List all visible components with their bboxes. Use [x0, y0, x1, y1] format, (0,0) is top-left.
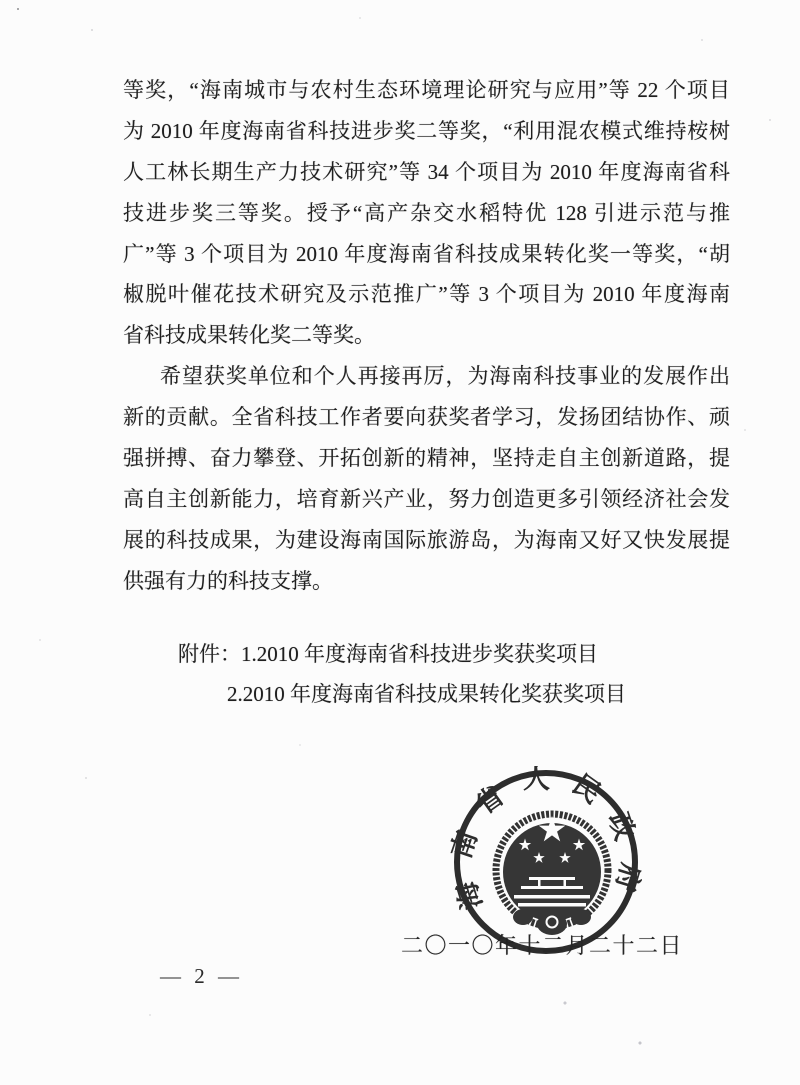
attachments-section: 附件：1.2010 年度海南省科技进步奖获奖项目 2.2010 年度海南省科技成…	[178, 634, 626, 714]
emblem-gate-pillar	[564, 880, 567, 886]
body-text-line: 供强有力的科技支撑。	[123, 561, 730, 602]
body-text-line: 为 2010 年度海南省科技进步奖二等奖，“利用混农模式维持桉树	[123, 111, 730, 152]
emblem-gate-pillar	[538, 880, 541, 886]
attachment-line: 附件：1.2010 年度海南省科技进步奖获奖项目	[178, 634, 626, 674]
emblem-gate-base	[514, 895, 590, 899]
body-text-line: 省科技成果转化奖二等奖。	[123, 315, 730, 356]
attachment-line: 2.2010 年度海南省科技成果转化奖获奖项目	[178, 674, 626, 714]
emblem-gate-base	[518, 903, 586, 907]
emblem-gate-mid	[521, 886, 583, 889]
body-text-line: 强拼搏、奋力攀登、开拓创新的精神，坚持走自主创新道路，提	[123, 438, 730, 479]
attachments-label: 附件：	[178, 642, 241, 666]
body-text-line: 等奖，“海南城市与农村生态环境理论研究与应用”等 22 个项目	[123, 70, 730, 111]
body-text-line: 人工林长期生产力技术研究”等 34 个项目为 2010 年度海南省科	[123, 152, 730, 193]
document-body: 等奖，“海南城市与农村生态环境理论研究与应用”等 22 个项目 为 2010 年…	[123, 70, 730, 602]
body-text-line: 广”等 3 个项目为 2010 年度海南省科技成果转化奖一等奖，“胡	[123, 234, 730, 275]
body-text-line: 技进步奖三等奖。授予“高产杂交水稻特优 128 引进示范与推	[123, 193, 730, 234]
emblem-gate-roof	[529, 877, 575, 880]
body-text-line: 新的贡献。全省科技工作者要向获奖者学习，发扬团结协作、顽	[123, 397, 730, 438]
page-number: — 2 —	[160, 964, 243, 989]
body-text-line: 希望获奖单位和个人再接再厉，为海南科技事业的发展作出	[123, 356, 730, 397]
document-page: 等奖，“海南城市与农村生态环境理论研究与应用”等 22 个项目 为 2010 年…	[0, 0, 800, 1085]
document-date: 二〇一〇年十二月二十二日	[401, 929, 683, 960]
body-text-line: 椒脱叶催花技术研究及示范推广”等 3 个项目为 2010 年度海南	[123, 274, 730, 315]
body-text-line: 高自主创新能力，培育新兴产业，努力创造更多引领经济社会发	[123, 479, 730, 520]
attachment-item: 1.2010 年度海南省科技进步奖获奖项目	[241, 642, 598, 666]
emblem-ribbon	[571, 909, 591, 925]
national-emblem-icon	[496, 814, 608, 935]
body-text-line: 展的科技成果，为建设海南国际旅游岛，为海南又好又快发展提	[123, 520, 730, 561]
attachment-item: 2.2010 年度海南省科技成果转化奖获奖项目	[227, 682, 626, 706]
emblem-ribbon	[513, 909, 533, 925]
